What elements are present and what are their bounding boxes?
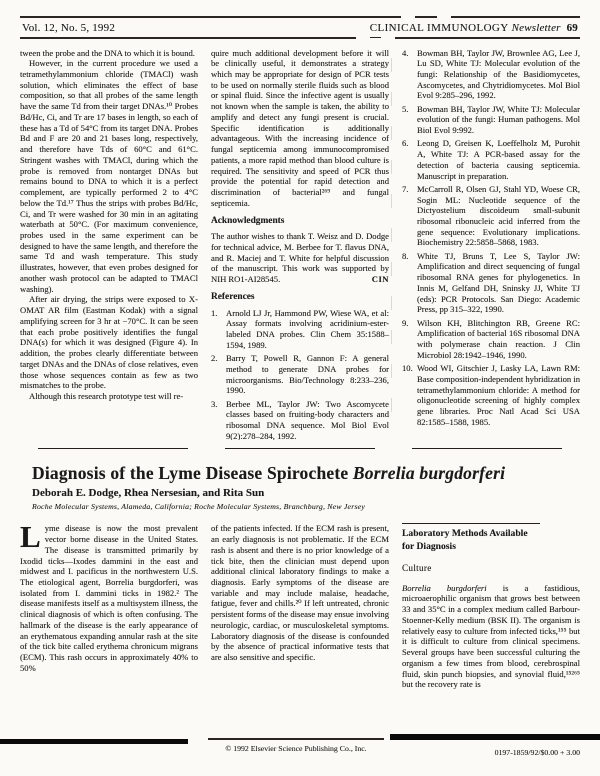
continuation-section: tween the probe and the DNA to which it … [20, 48, 580, 440]
volume-info: Vol. 12, No. 5, 1992 [22, 22, 115, 34]
drop-cap: L [20, 523, 45, 549]
reference-number: 10. [402, 363, 417, 427]
end-of-article-marker: CIN [372, 274, 389, 285]
article-title-species: Borrelia burgdorferi [353, 463, 505, 483]
journal-header: Vol. 12, No. 5, 1992 CLINICAL IMMUNOLOGY… [20, 18, 580, 37]
reference-text: Bowman BH, Taylor JW, White TJ: Molecula… [417, 104, 580, 136]
reference-text: McCarroll R, Olsen GJ, Stahl YD, Woese C… [417, 184, 580, 248]
reference-item: 1. Arnold LJ Jr, Hammond PW, Wiese WA, e… [211, 308, 389, 351]
article-authors: Deborah E. Dodge, Rhea Nersesian, and Ri… [32, 487, 580, 499]
footer-rule-middle [208, 738, 384, 740]
article-column-2: of the patients infected. If the ECM ras… [211, 523, 389, 695]
reference-number: 8. [402, 251, 417, 315]
reference-text: Berbee ML, Taylor JW: Two Ascomycete cla… [226, 399, 389, 440]
text-column-1: tween the probe and the DNA to which it … [20, 48, 198, 440]
article-column-1: Lyme disease is now the most prevalent v… [20, 523, 198, 695]
article-affiliation: Roche Molecular Systems, Alameda, Califo… [32, 502, 580, 511]
culture-subheading: Culture [402, 563, 580, 575]
body-paragraph: Although this research prototype test wi… [20, 391, 198, 402]
journal-title-caps: CLINICAL IMMUNOLOGY [370, 22, 509, 34]
reference-text: Bowman BH, Taylor JW, Brownlee AG, Lee J… [417, 48, 580, 102]
reference-item: 8. White TJ, Bruns T, Lee S, Taylor JW: … [402, 251, 580, 315]
article-body: Lyme disease is now the most prevalent v… [20, 523, 580, 695]
references-heading: References [211, 292, 389, 304]
body-paragraph: After air drying, the strips were expose… [20, 294, 198, 391]
article-title: Diagnosis of the Lyme Disease Spirochete… [32, 463, 580, 484]
culture-paragraph: Borrelia burgdorferi is a fastidious, mi… [402, 583, 580, 690]
reference-item: 4. Bowman BH, Taylor JW, Brownlee AG, Le… [402, 48, 580, 102]
reference-text: Leong D, Greisen K, Loeffelholz M, Puroh… [417, 138, 580, 181]
reference-text: White TJ, Bruns T, Lee S, Taylor JW: Amp… [417, 251, 580, 315]
section-divider [20, 448, 580, 450]
reference-number: 7. [402, 184, 417, 248]
reference-number: 2. [211, 353, 226, 396]
header-rule-top [20, 16, 580, 18]
body-paragraph: tween the probe and the DNA to which it … [20, 48, 198, 59]
reference-item: 3. Berbee ML, Taylor JW: Two Ascomycete … [211, 399, 389, 440]
page-number: 69 [567, 22, 578, 34]
acknowledgments-text: The author wishes to thank T. Weisz and … [211, 231, 389, 285]
footer-issn: 0197-1859/92/$0.00 + 3.00 [360, 748, 580, 757]
species-name-italic: Borrelia burgdorferi [402, 583, 487, 593]
header-rule-bottom [20, 37, 580, 39]
footer-bar-right [390, 734, 600, 740]
body-paragraph: However, in the current procedure we use… [20, 58, 198, 294]
reference-number: 1. [211, 308, 226, 351]
reference-item: 2. Barry T, Powell R, Gannon F: A genera… [211, 353, 389, 396]
column-divider-mark [391, 58, 392, 420]
journal-page: Vol. 12, No. 5, 1992 CLINICAL IMMUNOLOGY… [0, 0, 600, 776]
reference-number: 6. [402, 138, 417, 181]
lab-methods-heading: Laboratory Methods Available for Diagnos… [402, 523, 540, 553]
body-paragraph: quire much additional development before… [211, 48, 389, 209]
reference-item: 6. Leong D, Greisen K, Loeffelholz M, Pu… [402, 138, 580, 181]
reference-text: Wilson KH, Blitchington RB, Greene RC: A… [417, 318, 580, 361]
article-column-3: Laboratory Methods Available for Diagnos… [402, 523, 580, 695]
reference-item: 9. Wilson KH, Blitchington RB, Greene RC… [402, 318, 580, 361]
text-column-2: quire much additional development before… [211, 48, 389, 440]
body-paragraph: of the patients infected. If the ECM ras… [211, 523, 389, 663]
reference-number: 3. [211, 399, 226, 440]
reference-number: 5. [402, 104, 417, 136]
reference-number: 4. [402, 48, 417, 102]
journal-title: CLINICAL IMMUNOLOGY Newsletter 69 [370, 22, 578, 34]
reference-item: 7. McCarroll R, Olsen GJ, Stahl YD, Woes… [402, 184, 580, 248]
reference-item: 5. Bowman BH, Taylor JW, White TJ: Molec… [402, 104, 580, 136]
reference-text: Wood WI, Gitschier J, Lasky LA, Lawn RM:… [417, 363, 580, 427]
footer-bar-left [0, 739, 188, 744]
journal-title-italic: Newsletter [512, 22, 561, 34]
reference-item: 10. Wood WI, Gitschier J, Lasky LA, Lawn… [402, 363, 580, 427]
article-header: Diagnosis of the Lyme Disease Spirochete… [20, 463, 580, 511]
text-column-3: 4. Bowman BH, Taylor JW, Brownlee AG, Le… [402, 48, 580, 440]
reference-text: Barry T, Powell R, Gannon F: A general m… [226, 353, 389, 396]
reference-number: 9. [402, 318, 417, 361]
acknowledgments-heading: Acknowledgments [211, 216, 389, 228]
reference-text: Arnold LJ Jr, Hammond PW, Wiese WA, et a… [226, 308, 389, 351]
opening-paragraph: Lyme disease is now the most prevalent v… [20, 523, 198, 673]
